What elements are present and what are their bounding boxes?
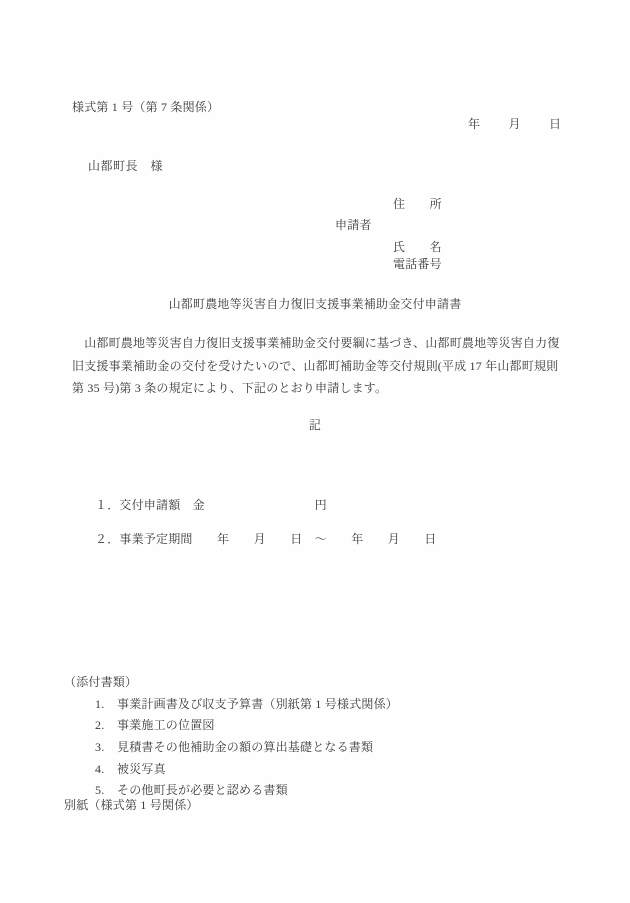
item-project-period: ２．事業予定期間 年 月 日 ～ 年 月 日 [95,532,437,546]
attachment-item: 1.事業計画書及び収支予算書（別紙第 1 号様式関係） [95,697,398,711]
body-paragraph-line-2: 旧支援事業補助金の交付を受けたいので、山都町補助金等交付規則(平成 17 年山都… [72,359,558,373]
attachment-item: 4.被災写真 [95,762,166,776]
applicant-address-label: 住 所 [393,197,442,211]
attachment-text: 事業施工の位置図 [117,718,215,732]
applicant-phone-label: 電話番号 [393,257,442,271]
attachment-item: 5.その他町長が必要と認める書類 [95,783,288,797]
item-number: １． [95,498,119,512]
attachment-text: 被災写真 [117,762,166,776]
attachment-number: 2. [95,718,117,732]
application-form-page: 様式第 1 号（第 7 条関係） 年 月 日 山都町長 様 申請者 住 所 氏 … [0,0,630,903]
attachment-text: その他町長が必要と認める書類 [117,783,288,797]
date-fill-in-line: 年 月 日 [468,117,563,131]
document-title: 山都町農地等災害自力復旧支援事業補助金交付申請書 [0,297,630,311]
attachment-text: 事業計画書及び収支予算書（別紙第 1 号様式関係） [117,697,398,711]
record-heading: 記 [0,418,630,432]
applicant-role-label: 申請者 [335,218,372,232]
attachment-item: 3.見積書その他補助金の額の算出基礎となる書類 [95,740,373,754]
item-text: 交付申請額 金 円 [119,498,326,512]
attachments-heading: （添付書類） [64,675,137,689]
item-text: 事業予定期間 年 月 日 ～ 年 月 日 [119,532,436,546]
attachment-number: 5. [95,783,117,797]
item-application-amount: １．交付申請額 金 円 [95,498,327,512]
applicant-name-label: 氏 名 [393,240,442,254]
attachment-text: 見積書その他補助金の額の算出基礎となる書類 [117,740,373,754]
attachment-number: 1. [95,697,117,711]
addressee-line: 山都町長 様 [88,159,163,173]
attachment-number: 4. [95,762,117,776]
item-number: ２． [95,532,119,546]
footer-attachment-note: 別紙（様式第 1 号関係） [64,798,199,812]
body-paragraph-line-3: 第 35 号)第 3 条の規定により、下記のとおり申請します。 [72,381,387,395]
attachment-item: 2.事業施工の位置図 [95,718,215,732]
form-number-label: 様式第 1 号（第 7 条関係） [72,100,219,114]
body-paragraph-line-1: 山都町農地等災害自力復旧支援事業補助金交付要綱に基づき、山都町農地等災害自力復 [72,336,560,350]
attachment-number: 3. [95,740,117,754]
